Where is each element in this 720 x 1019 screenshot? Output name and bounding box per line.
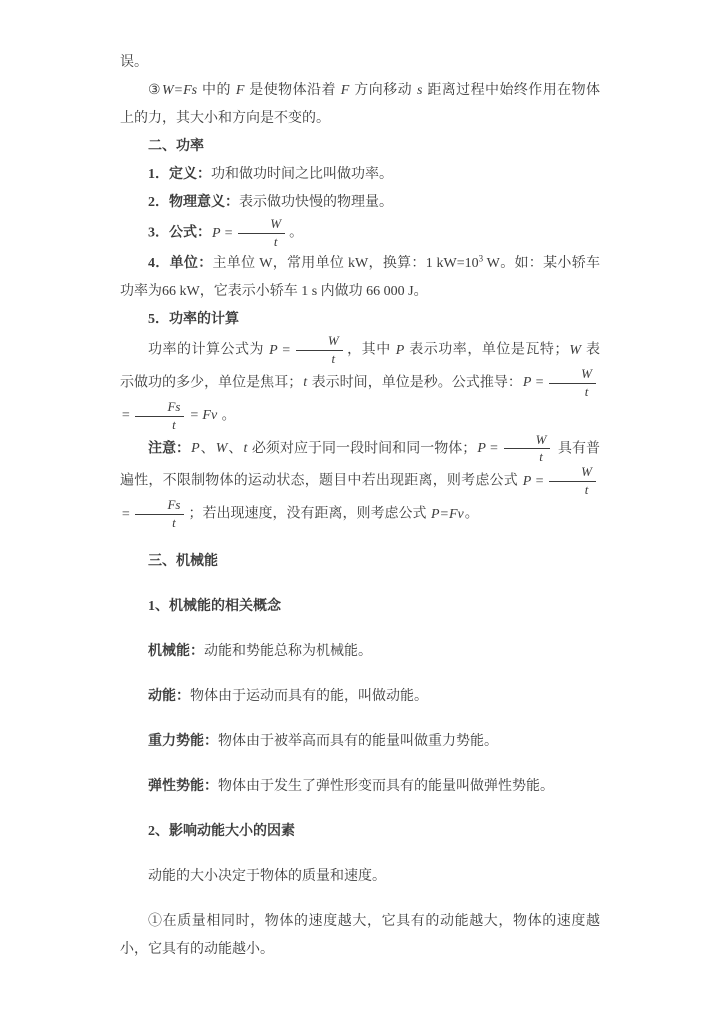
text-run: 功率的计算公式为: [148, 343, 268, 358]
item-power-physical-meaning: 2．物理意义：表示做功快慢的物理量。: [120, 189, 600, 217]
bold-run: 二、功率: [148, 139, 204, 154]
text-run: 物体由于发生了弹性形变而具有的能量叫做弹性势能。: [218, 779, 554, 794]
math-run: W: [568, 343, 582, 358]
fraction-denominator: t: [135, 417, 184, 433]
definition-mechanical-energy: 机械能：动能和势能总称为机械能。: [120, 638, 600, 666]
fraction-numerator: W: [238, 217, 285, 234]
bold-run: 弹性势能：: [148, 779, 218, 794]
fraction-numerator: W: [549, 465, 596, 482]
fraction: Wt: [549, 367, 596, 400]
bold-run: 1．定义：: [148, 167, 211, 182]
bold-run: 1、机械能的相关概念: [148, 599, 281, 614]
fraction-numerator: W: [296, 334, 343, 351]
text-run: 表示做功快慢的物理量。: [239, 195, 393, 210]
text-run: 必须对应于同一段时间和同一物体；: [248, 441, 476, 456]
math-run: P =: [476, 441, 499, 456]
text-run: 动能的大小决定于物体的质量和速度。: [148, 869, 386, 884]
bold-run: 注意：: [148, 441, 190, 456]
math-run: =: [120, 507, 131, 522]
bold-run: 机械能：: [148, 644, 204, 659]
text-run: 。: [465, 507, 479, 522]
math-run: =: [120, 408, 131, 423]
item-power-calculation-heading: 5．功率的计算: [120, 306, 600, 334]
paragraph-continuation-wu: 误。: [120, 49, 600, 77]
fraction: Fst: [135, 498, 184, 531]
heading-section-2-power: 二、功率: [120, 133, 600, 161]
text-run: 表示时间，单位是秒。公式推导：: [308, 375, 522, 390]
paragraph-same-mass-speed-effect: ①在质量相同时，物体的速度越大，它具有的动能越大，物体的速度越小，它具有的动能越…: [120, 908, 600, 964]
text-run: 误。: [120, 55, 148, 70]
math-run: P =: [522, 474, 545, 489]
item-power-formula: 3．公式：P =Wt。: [120, 217, 600, 250]
text-run: 、: [228, 441, 242, 456]
text-run: ；若出现速度，没有距离，则考虑公式: [188, 507, 430, 522]
fraction-denominator: t: [549, 482, 596, 498]
fraction-denominator: t: [296, 351, 343, 367]
fraction-denominator: t: [504, 449, 551, 465]
item-power-definition: 1．定义：功和做功时间之比叫做功率。: [120, 161, 600, 189]
math-run: P =: [211, 226, 234, 241]
text-run: 方向移动: [350, 83, 416, 98]
heading-section-3-mechanical-energy: 三、机械能: [120, 548, 600, 576]
bold-run: 重力势能：: [148, 734, 218, 749]
text-run: 物体由于运动而具有的能，叫做动能。: [190, 689, 428, 704]
fraction-denominator: t: [135, 515, 184, 531]
bold-run: 3．公式：: [148, 226, 211, 241]
fraction-numerator: Fs: [135, 498, 184, 515]
math-run: F: [340, 83, 351, 98]
math-run: W: [215, 441, 229, 456]
text-run: ①在质量相同时，物体的速度越大，它具有的动能越大，物体的速度越小，它具有的动能越…: [120, 914, 600, 957]
bold-run: 5．功率的计算: [148, 312, 239, 327]
bold-run: 2．物理意义：: [148, 195, 239, 210]
text-run: 功和做功时间之比叫做功率。: [211, 167, 393, 182]
text-run: ③: [148, 83, 161, 98]
fraction-numerator: W: [549, 367, 596, 384]
definition-gravitational-potential-energy: 重力势能：物体由于被举高而具有的能量叫做重力势能。: [120, 728, 600, 756]
definition-elastic-potential-energy: 弹性势能：物体由于发生了弹性形变而具有的能量叫做弹性势能。: [120, 773, 600, 801]
paragraph-kinetic-energy-depends: 动能的大小决定于物体的质量和速度。: [120, 863, 600, 891]
math-run: P =: [268, 343, 292, 358]
text-run: 、: [201, 441, 215, 456]
math-run: P: [190, 441, 201, 456]
text-run: 。: [289, 226, 303, 241]
math-run: P =: [522, 375, 545, 390]
fraction: Wt: [549, 465, 596, 498]
paragraph-power-note: 注意：P、W、t 必须对应于同一段时间和同一物体；P =Wt 具有普遍性，不限制…: [120, 433, 600, 532]
bold-run: 三、机械能: [148, 554, 218, 569]
bold-run: 4．单位：: [148, 256, 213, 271]
text-run: 表示功率，单位是瓦特；: [405, 343, 568, 358]
text-run: 动能和势能总称为机械能。: [204, 644, 372, 659]
fraction-denominator: t: [549, 384, 596, 400]
math-run: P=Fv: [430, 507, 465, 522]
text-run: 主单位 W，常用单位 kW，换算：1 kW=10: [213, 256, 479, 271]
fraction: Wt: [238, 217, 285, 250]
math-run: F: [235, 83, 246, 98]
fraction: Fst: [135, 400, 184, 433]
definition-kinetic-energy: 动能：物体由于运动而具有的能，叫做动能。: [120, 683, 600, 711]
text-run: 是使物体沿着: [245, 83, 339, 98]
fraction-denominator: t: [238, 234, 285, 250]
fraction: Wt: [296, 334, 343, 367]
paragraph-power-formula-explanation: 功率的计算公式为 P =Wt，其中 P 表示功率，单位是瓦特；W 表示做功的多少…: [120, 334, 600, 433]
math-run: P: [395, 343, 406, 358]
fraction-numerator: Fs: [135, 400, 184, 417]
math-run: W=Fs: [161, 83, 198, 98]
bold-run: 动能：: [148, 689, 190, 704]
math-run: = Fv: [188, 408, 218, 423]
bold-run: 2、影响动能大小的因素: [148, 824, 295, 839]
text-run: ，其中: [347, 343, 395, 358]
heading-mechanical-energy-concepts: 1、机械能的相关概念: [120, 593, 600, 621]
fraction-numerator: W: [504, 433, 551, 450]
item-power-unit: 4．单位：主单位 W，常用单位 kW，换算：1 kW=103 W。如：某小轿车功…: [120, 250, 600, 306]
text-run: 物体由于被举高而具有的能量叫做重力势能。: [218, 734, 498, 749]
text-run: 中的: [198, 83, 235, 98]
document-body: 误。③W=Fs 中的 F 是使物体沿着 F 方向移动 s 距离过程中始终作用在物…: [120, 49, 600, 964]
document-page: 误。③W=Fs 中的 F 是使物体沿着 F 方向移动 s 距离过程中始终作用在物…: [0, 0, 720, 1019]
fraction: Wt: [504, 433, 551, 466]
heading-kinetic-energy-factors: 2、影响动能大小的因素: [120, 818, 600, 846]
text-run: 。: [218, 408, 236, 423]
paragraph-note-3-work-formula: ③W=Fs 中的 F 是使物体沿着 F 方向移动 s 距离过程中始终作用在物体上…: [120, 77, 600, 133]
